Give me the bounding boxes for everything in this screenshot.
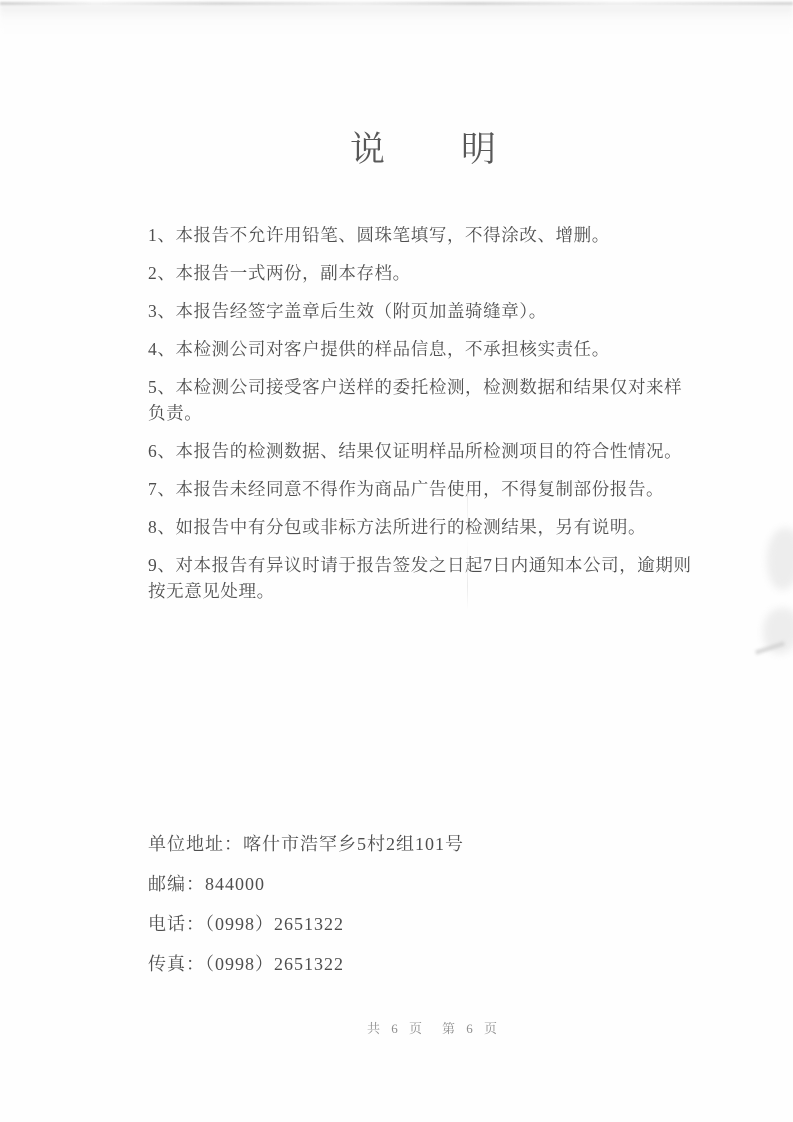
- total-pages-label: 共 6 页: [367, 1021, 426, 1036]
- contact-label: 单位地址：: [148, 834, 243, 854]
- note-line: 2、本报告一式两份，副本存档。: [148, 260, 728, 286]
- note-item: 7、本报告未经同意不得作为商品广告使用，不得复制部份报告。: [148, 476, 728, 502]
- note-line: 5、本检测公司接受客户送样的委托检测，检测数据和结果仅对来样: [148, 374, 728, 400]
- note-item: 2、本报告一式两份，副本存档。: [148, 260, 728, 286]
- note-line: 负责。: [148, 400, 728, 426]
- note-item: 1、本报告不允许用铅笔、圆珠笔填写，不得涂改、增删。: [148, 222, 728, 248]
- contact-label: 邮编：: [148, 874, 205, 894]
- note-item: 3、本报告经签字盖章后生效（附页加盖骑缝章）。: [148, 298, 728, 324]
- note-line: 按无意见处理。: [148, 578, 728, 604]
- contact-value: 844000: [205, 874, 265, 894]
- note-line: 1、本报告不允许用铅笔、圆珠笔填写，不得涂改、增删。: [148, 222, 728, 248]
- contact-row: 邮编：844000: [148, 874, 668, 894]
- note-line: 6、本报告的检测数据、结果仅证明样品所检测项目的符合性情况。: [148, 438, 728, 464]
- page-title: 说 明: [148, 122, 700, 172]
- contact-value: （0998）2651322: [205, 954, 344, 974]
- note-line: 3、本报告经签字盖章后生效（附页加盖骑缝章）。: [148, 298, 728, 324]
- contact-row: 传真：（0998）2651322: [148, 954, 668, 974]
- note-item: 8、如报告中有分包或非标方法所进行的检测结果，另有说明。: [148, 514, 728, 540]
- note-line: 8、如报告中有分包或非标方法所进行的检测结果，另有说明。: [148, 514, 728, 540]
- scan-artifact-right-smudge-1: [767, 528, 793, 590]
- current-page-label: 第 6 页: [442, 1021, 501, 1036]
- contact-label: 电话：: [148, 914, 205, 934]
- note-item: 5、本检测公司接受客户送样的委托检测，检测数据和结果仅对来样负责。: [148, 374, 728, 426]
- note-line: 9、对本报告有异议时请于报告签发之日起7日内通知本公司，逾期则: [148, 552, 728, 578]
- document-page: 说 明 1、本报告不允许用铅笔、圆珠笔填写，不得涂改、增删。2、本报告一式两份，…: [0, 0, 793, 1122]
- note-item: 6、本报告的检测数据、结果仅证明样品所检测项目的符合性情况。: [148, 438, 728, 464]
- contact-row: 单位地址：喀什市浩罕乡5村2组101号: [148, 834, 668, 854]
- note-item: 4、本检测公司对客户提供的样品信息，不承担核实责任。: [148, 336, 728, 362]
- contact-value: （0998）2651322: [205, 914, 344, 934]
- contact-value: 喀什市浩罕乡5村2组101号: [243, 834, 464, 854]
- page-footer: 共 6 页第 6 页: [75, 1018, 793, 1037]
- contact-block: 单位地址：喀什市浩罕乡5村2组101号邮编：844000电话：（0998）265…: [148, 834, 668, 994]
- contact-row: 电话：（0998）2651322: [148, 914, 668, 934]
- contact-label: 传真：: [148, 954, 205, 974]
- note-line: 4、本检测公司对客户提供的样品信息，不承担核实责任。: [148, 336, 728, 362]
- scan-artifact-top-wash: [0, 5, 793, 35]
- note-line: 7、本报告未经同意不得作为商品广告使用，不得复制部份报告。: [148, 476, 728, 502]
- note-item: 9、对本报告有异议时请于报告签发之日起7日内通知本公司，逾期则按无意见处理。: [148, 552, 728, 604]
- notes-list: 1、本报告不允许用铅笔、圆珠笔填写，不得涂改、增删。2、本报告一式两份，副本存档…: [148, 222, 728, 616]
- scan-artifact-fold-line: [467, 492, 468, 610]
